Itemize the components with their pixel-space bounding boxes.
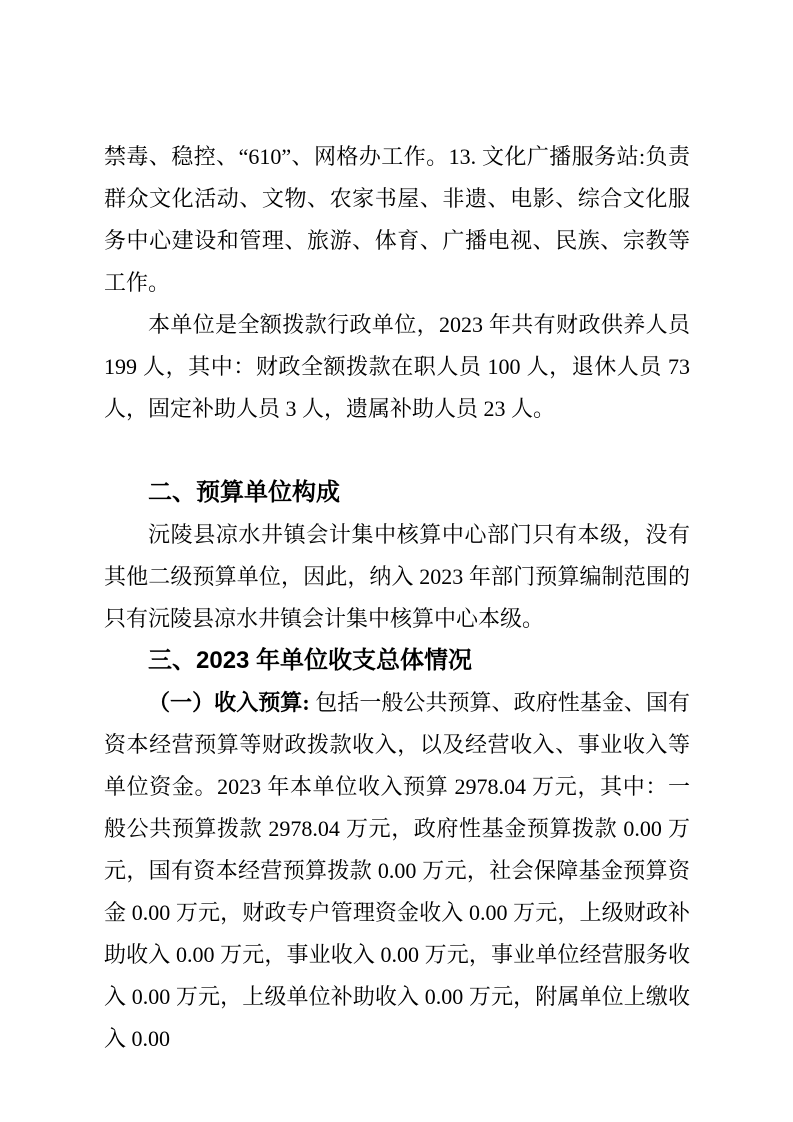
document-content: 禁毒、稳控、“610”、网格办工作。13. 文化广播服务站:负责群众文化活动、文… <box>104 136 690 1060</box>
document-page: 禁毒、稳控、“610”、网格办工作。13. 文化广播服务站:负责群众文化活动、文… <box>0 0 793 1122</box>
paragraph-staffing: 本单位是全额拨款行政单位，2023 年共有财政供养人员 199 人，其中：财政全… <box>104 304 690 430</box>
paragraph-services-continuation: 禁毒、稳控、“610”、网格办工作。13. 文化广播服务站:负责群众文化活动、文… <box>104 136 690 304</box>
paragraph-income-budget: （一）收入预算: 包括一般公共预算、政府性基金、国有资本经营预算等财政拨款收入，… <box>104 682 690 1060</box>
income-budget-label: （一）收入预算: <box>148 690 315 715</box>
heading-section-3-income-expense-overview: 三、2023 年单位收支总体情况 <box>104 640 690 682</box>
heading-section-2-budget-unit-composition: 二、预算单位构成 <box>104 472 690 514</box>
paragraph-budget-composition: 沅陵县凉水井镇会计集中核算中心部门只有本级，没有其他二级预算单位，因此，纳入 2… <box>104 514 690 640</box>
income-budget-text: 包括一般公共预算、政府性基金、国有资本经营预算等财政拨款收入，以及经营收入、事业… <box>104 690 690 1051</box>
